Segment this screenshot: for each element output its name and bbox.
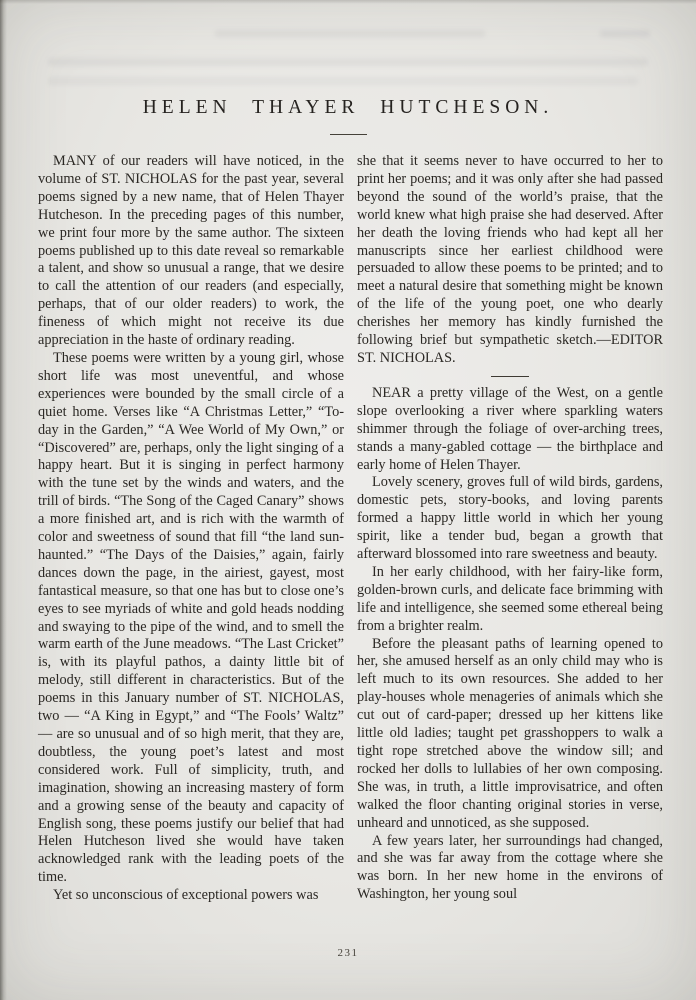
bleedthrough-mark bbox=[600, 30, 650, 37]
bleedthrough-mark bbox=[215, 30, 485, 37]
paragraph: she that it seems never to have occurred… bbox=[357, 153, 663, 368]
scan-edge-top bbox=[0, 0, 696, 4]
paragraph: Lovely scenery, groves full of wild bird… bbox=[357, 474, 663, 564]
magazine-page: HELEN THAYER HUTCHESON. MANY of our read… bbox=[0, 0, 696, 1000]
paragraph: In her early childhood, with her fairy-l… bbox=[357, 564, 663, 636]
paragraph: A few years later, her surroundings had … bbox=[357, 833, 663, 905]
bleedthrough-mark bbox=[48, 77, 638, 85]
section-divider-rule bbox=[491, 376, 529, 377]
paragraph: MANY of our readers will have noticed, i… bbox=[38, 153, 344, 350]
scan-edge-left bbox=[0, 0, 7, 1000]
paragraph: Yet so unconscious of exceptional powers… bbox=[38, 887, 344, 905]
paragraph: NEAR a pretty village of the West, on a … bbox=[357, 385, 663, 475]
paragraph: Before the pleasant paths of learning op… bbox=[357, 636, 663, 833]
left-column: MANY of our readers will have noticed, i… bbox=[38, 153, 344, 905]
bleedthrough-mark bbox=[48, 58, 648, 66]
paragraph: These poems were written by a young girl… bbox=[38, 350, 344, 887]
text-columns: MANY of our readers will have noticed, i… bbox=[0, 135, 696, 905]
page-number: 231 bbox=[38, 947, 658, 959]
right-column: she that it seems never to have occurred… bbox=[357, 153, 663, 905]
